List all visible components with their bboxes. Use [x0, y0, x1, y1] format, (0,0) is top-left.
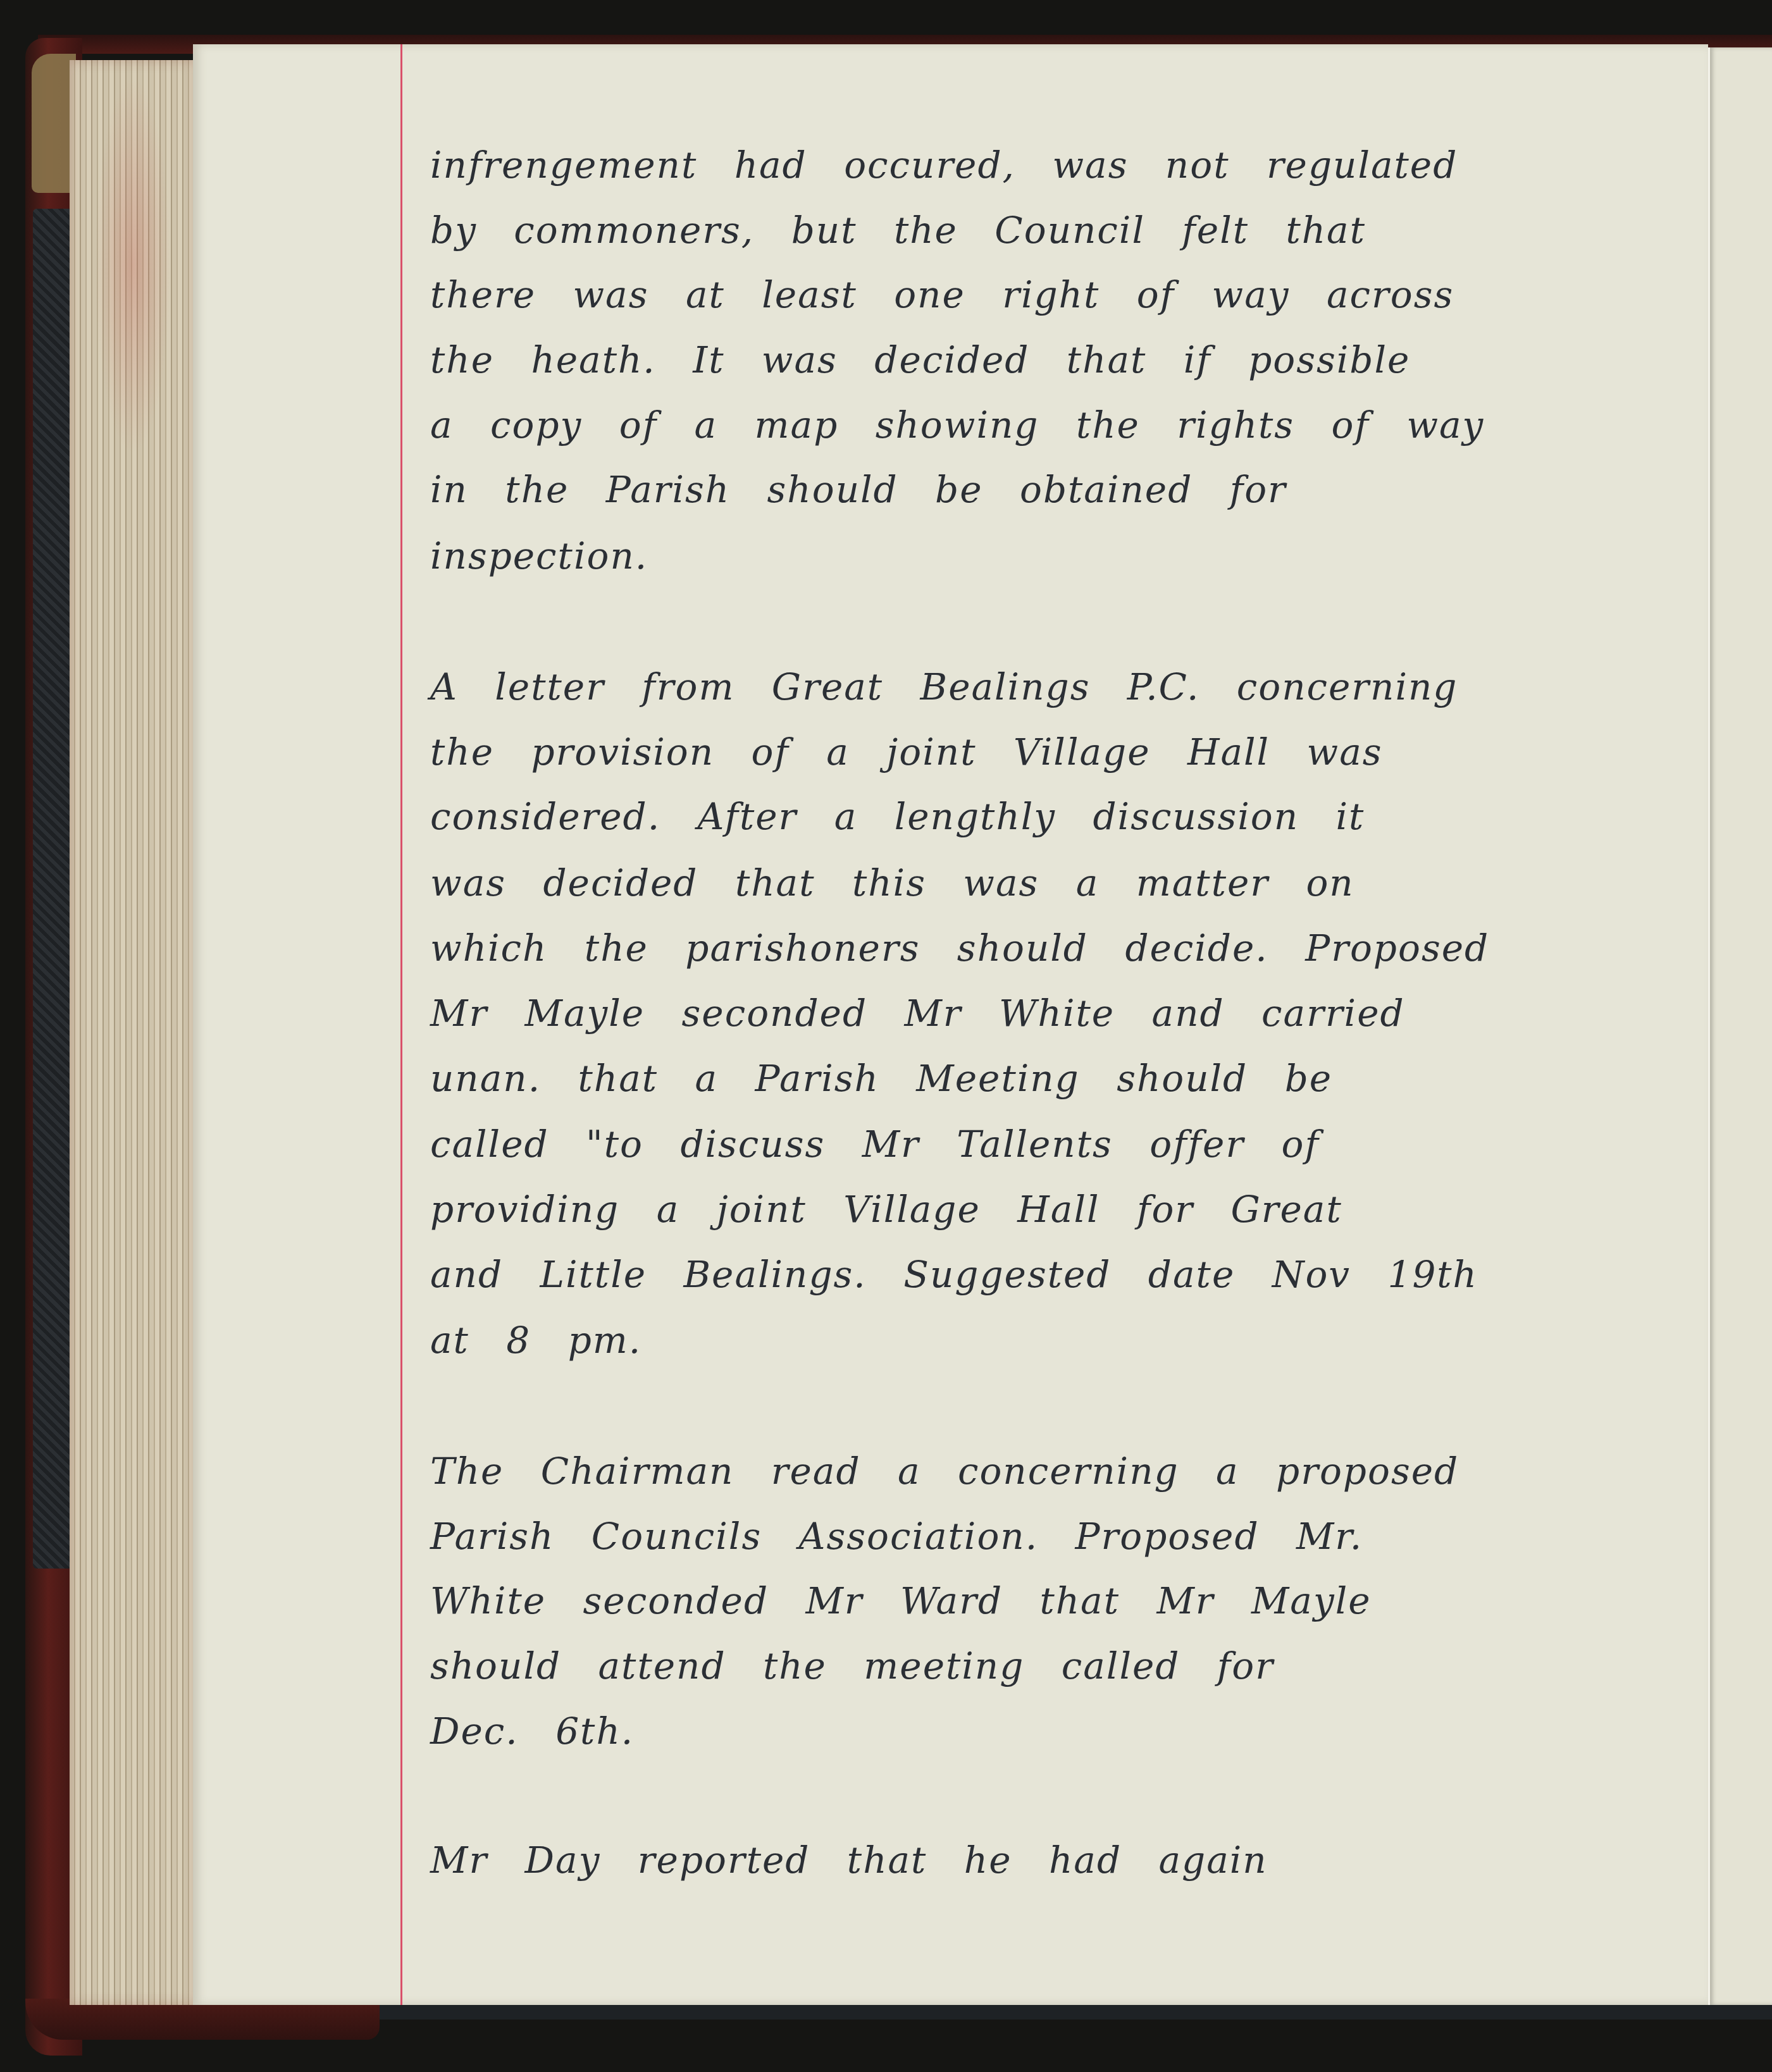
- handwritten-line: there was at least one right of way acro…: [430, 276, 1454, 313]
- handwritten-line: was decided that this was a matter on: [430, 865, 1354, 901]
- page-stack-red-stain: [95, 76, 171, 455]
- handwritten-line: the provision of a joint Village Hall wa…: [430, 734, 1383, 770]
- handwritten-line: Mr Mayle seconded Mr White and carried: [430, 995, 1405, 1032]
- handwritten-line: White seconded Mr Ward that Mr Mayle: [430, 1582, 1372, 1619]
- handwritten-line: which the parishoners should decide. Pro…: [430, 930, 1489, 966]
- handwritten-line: by commoners, but the Council felt that: [430, 212, 1366, 249]
- handwritten-line: infrengement had occured, was not regula…: [430, 147, 1458, 183]
- handwritten-line: unan. that a Parish Meeting should be: [430, 1060, 1332, 1097]
- handwritten-line: considered. After a lengthly discussion …: [430, 798, 1365, 835]
- handwritten-line: the heath. It was decided that if possib…: [430, 342, 1410, 378]
- handwritten-line: called "to discuss Mr Tallents offer of: [430, 1126, 1320, 1162]
- handwritten-line: Dec. 6th.: [430, 1713, 634, 1749]
- handwritten-line: inspection.: [430, 538, 648, 574]
- handwritten-line: should attend the meeting called for: [430, 1648, 1274, 1684]
- handwritten-line: at 8 pm.: [430, 1322, 641, 1359]
- book-spine-cloth: [33, 209, 75, 1569]
- margin-rule: [400, 44, 402, 2005]
- next-page-edge: [1708, 47, 1772, 2005]
- handwritten-line: in the Parish should be obtained for: [430, 471, 1287, 508]
- handwritten-line: The Chairman read a concerning a propose…: [430, 1453, 1459, 1489]
- handwritten-line: and Little Bealings. Suggested date Nov …: [430, 1256, 1478, 1293]
- handwritten-line: a copy of a map showing the rights of wa…: [430, 407, 1484, 443]
- handwritten-line: Parish Councils Association. Proposed Mr…: [430, 1518, 1363, 1555]
- handwritten-line: providing a joint Village Hall for Great: [430, 1191, 1342, 1228]
- handwritten-line: Mr Day reported that he had again: [430, 1842, 1268, 1878]
- handwritten-line: A letter from Great Bealings P.C. concer…: [430, 669, 1458, 705]
